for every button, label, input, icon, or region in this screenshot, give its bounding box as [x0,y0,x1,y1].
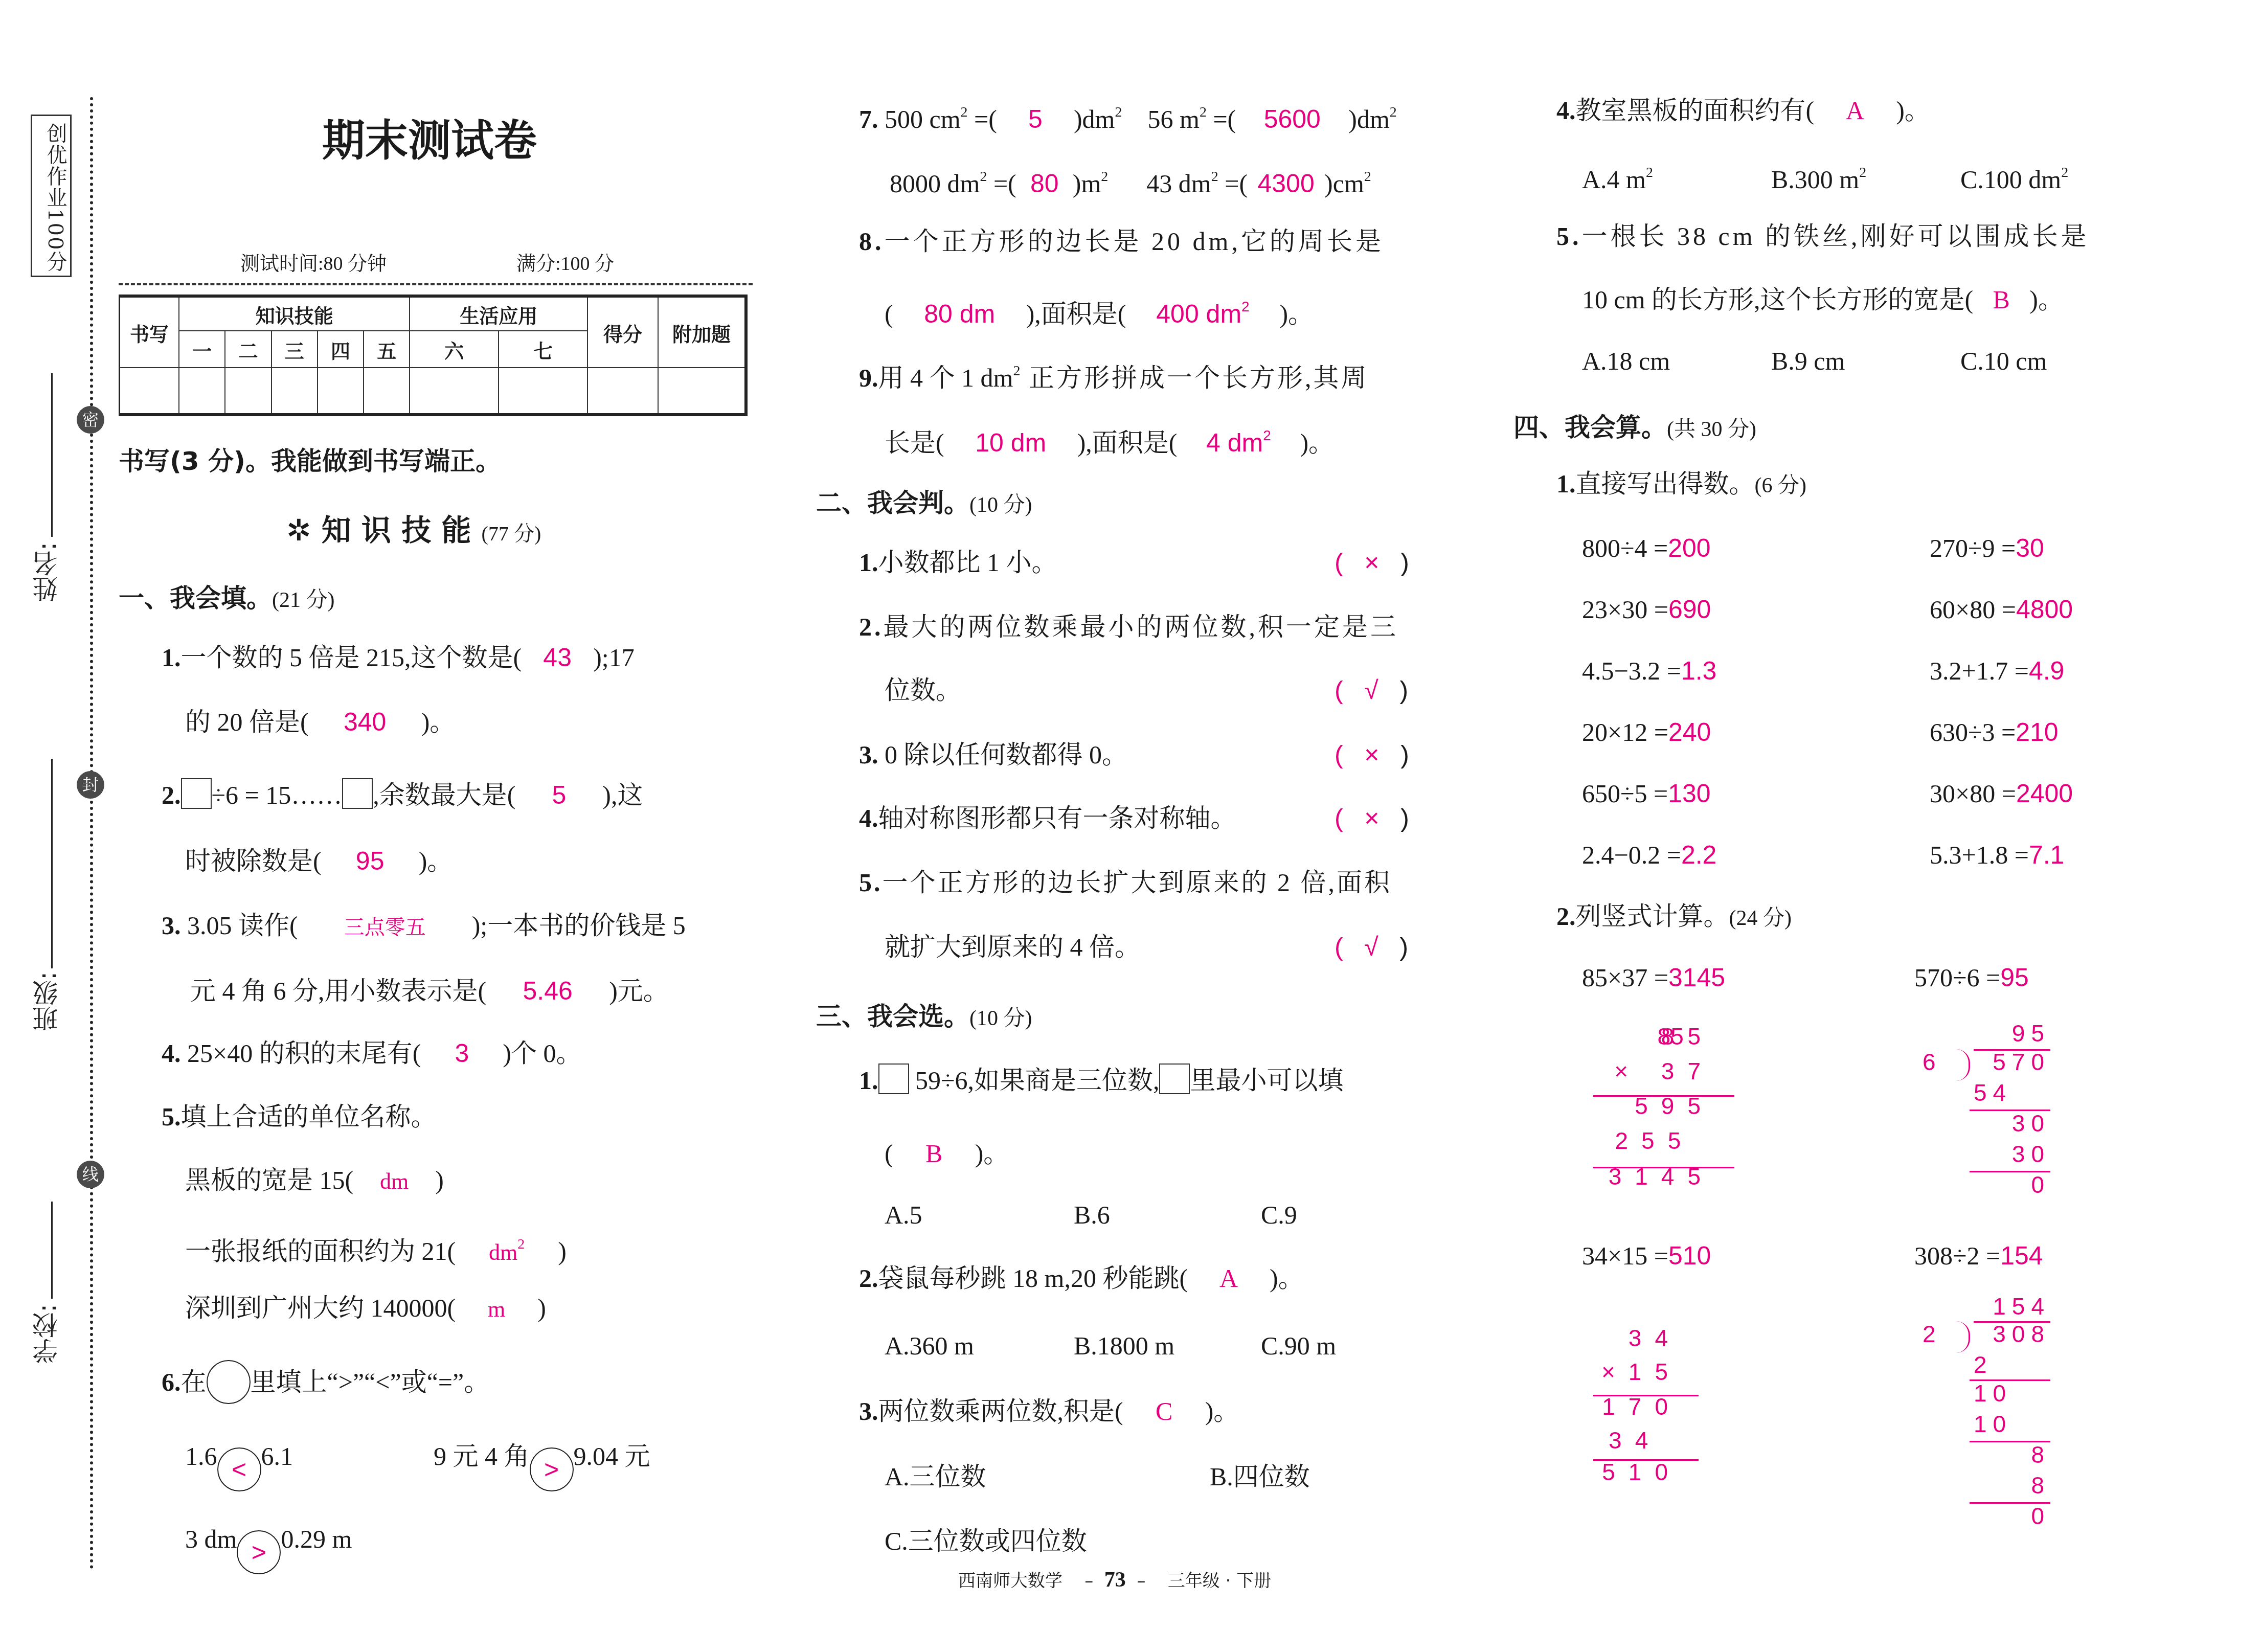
written-calc-2: 570÷6 =95 [1914,962,2029,993]
page-number: 73 [1104,1568,1126,1592]
s1-q6-item2: 9 元 4 角>9.04 元 [434,1441,650,1491]
score-cell[interactable] [120,368,179,415]
score-col-bonus: 附加题 [658,296,746,368]
choice-q5: 5.一根长 38 cm 的铁丝,刚好可以围成长是 [1556,221,2090,252]
score-cell[interactable] [225,368,271,415]
oral-calc-2: 270÷9 =30 [1930,533,2044,563]
answer-field[interactable]: 2400 [2016,779,2073,808]
section2-heading: 二、我会判。(10 分) [816,483,1032,519]
oral-calc-3: 23×30 =690 [1582,594,1711,625]
answer-field[interactable]: 1.3 [1681,657,1717,685]
blank-box[interactable] [181,778,212,809]
circle-blank-icon [207,1360,251,1404]
school-field-line[interactable] [51,1202,53,1299]
answer-field[interactable]: 5600 [1236,104,1348,134]
class-field-label: 班级: [29,971,65,1031]
score-cell[interactable] [318,368,364,415]
school-field-label: 学校: [29,1304,65,1364]
written-calc-1: 85×37 =3145 [1582,962,1725,993]
answer-field[interactable]: 210 [2016,718,2058,746]
s1-q5-item3: 深圳到广州大约 140000(m) [185,1293,546,1325]
section1-points: (21 分) [272,589,334,612]
s1-q3-line1: 3. 3.05 读作(三点零五);一本书的价钱是 5 [162,910,686,943]
choice-q3-option-c[interactable]: C.三位数或四位数 [885,1526,1087,1556]
name-field-line[interactable] [51,373,53,537]
score-cell[interactable] [658,368,746,415]
score-sub-5: 五 [364,331,410,368]
judge-answer-5[interactable]: ( √ ) [1335,932,1408,962]
answer-field[interactable]: 130 [1668,779,1710,808]
choice-q5-option-c[interactable]: C.10 cm [1960,346,2047,376]
answer-field[interactable]: 80 dm [893,299,1026,329]
answer-field[interactable]: 5 [997,104,1074,134]
answer-field[interactable]: 5 [515,780,602,810]
score-col-writing: 书写 [120,296,179,368]
compare-field[interactable]: > [237,1530,281,1574]
name-field-label: 姓名: [29,542,65,602]
choice-q2-option-b[interactable]: B.1800 m [1074,1330,1174,1361]
oral-calc-10: 30×80 =2400 [1930,778,2073,809]
answer-field[interactable]: 95 [322,846,419,876]
score-sub-2: 二 [225,331,271,368]
oral-calc-8: 630÷3 =210 [1930,717,2059,748]
score-sub-7: 七 [499,331,587,368]
judge-answer-1[interactable]: ( × ) [1335,547,1409,578]
choice-q1: 1. 59÷6,如果商是三位数,里最小可以填 [859,1063,1343,1096]
s1-q6: 6.在里填上“>”“<”或“=”。 [162,1360,489,1404]
oral-calc-5: 4.5−3.2 =1.3 [1582,655,1716,686]
judge-item-4: 4.轴对称图形都只有一条对称轴。 [859,803,1236,833]
choice-q4-option-a[interactable]: A.4 m2 [1582,157,1653,195]
answer-field[interactable]: A [1188,1263,1270,1294]
answer-field[interactable]: 43 [522,642,593,673]
long-division-308-2: 154 2 308 2 10 10 8 8 0 [1923,1293,2076,1558]
choice-q3-option-b[interactable]: B.四位数 [1210,1461,1310,1492]
choice-q2-option-c[interactable]: C.90 m [1261,1330,1336,1361]
answer-field[interactable]: 95 [2000,963,2029,992]
answer-field[interactable]: 5.46 [486,976,609,1006]
choice-q3: 3.两位数乘两位数,积是(C)。 [859,1396,1239,1427]
compare-field[interactable]: > [530,1447,574,1491]
answer-field[interactable]: 4 dm2 [1177,420,1300,458]
score-sub-1: 一 [179,331,225,368]
choice-q1-answer: (B)。 [885,1138,1009,1169]
answer-field[interactable]: C [1123,1396,1205,1427]
judge-answer-4[interactable]: ( × ) [1335,803,1409,833]
page-title: 期末测试卷 [322,106,537,168]
oral-calc-4: 60×80 =4800 [1930,594,2073,625]
answer-field[interactable]: 400 dm2 [1126,291,1279,329]
choice-q2-option-a[interactable]: A.360 m [885,1330,974,1361]
judge-item-5: 5.一个正方形的边长扩大到原来的 2 倍,面积 [859,867,1392,898]
section3-heading: 三、我会选。(10 分) [816,996,1032,1033]
answer-field[interactable]: A [1814,95,1896,126]
answer-field[interactable]: 690 [1668,595,1711,624]
section4-heading: 四、我会算。(共 30 分) [1513,407,1756,444]
answer-field[interactable]: B [893,1138,975,1169]
answer-field[interactable]: 30 [2016,534,2044,562]
s1-q2-line1: 2.÷6 = 15……,余数最大是(5),这 [162,778,643,810]
knowledge-points: (77 分) [482,522,541,545]
answer-field[interactable]: 4300 [1248,168,1324,199]
blank-box[interactable] [878,1063,909,1094]
brand-label: 创优作业100分 [41,123,70,272]
test-time: 测试时间:80 分钟 [240,248,387,279]
answer-field[interactable]: B [1973,284,2029,315]
answer-field[interactable]: 200 [1668,534,1710,562]
choice-q4-option-c[interactable]: C.100 dm2 [1960,157,2068,195]
calc-part1-heading: 1.直接写出得数。(6 分) [1556,468,1806,501]
judge-item-1: 1.小数都比 1 小。 [859,547,1057,578]
written-calc-4: 308÷2 =154 [1914,1240,2043,1271]
s1-q1-line2: 的 20 倍是(340)。 [185,707,455,737]
score-table: 书写 知识技能 生活应用 得分 附加题 一 二 三 四 五 六 七 [119,295,748,416]
s1-q8-line2: (80 dm),面积是(400 dm2)。 [885,291,1314,329]
page-footer: 西南师大数学 – 73 – 三年级 · 下册 [958,1567,1271,1592]
s1-q9-line1: 9.用 4 个 1 dm2 正方形拼成一个长方形,其周 [859,356,1368,393]
choice-q5-option-b[interactable]: B.9 cm [1771,346,1845,376]
cut-line [90,97,93,1570]
score-col-total: 得分 [587,296,658,368]
choice-q4: 4.教室黑板的面积约有(A)。 [1556,95,1930,126]
s1-q5-item2: 一张报纸的面积约为 21(dm2) [185,1229,567,1268]
calc-part2-heading: 2.列竖式计算。(24 分) [1556,901,1792,934]
score-cell[interactable] [587,368,658,415]
choice-q2: 2.袋鼠每秒跳 18 m,20 秒能跳(A)。 [859,1263,1304,1294]
vertical-mult-85x37: 85 85 × 37 595 255 3145 [1575,1023,1728,1212]
score-sub-6: 六 [410,331,499,368]
answer-field[interactable]: 154 [2000,1241,2043,1270]
full-score: 满分:100 分 [516,248,614,279]
choice-q1-option-c[interactable]: C.9 [1261,1200,1297,1230]
answer-field[interactable]: 3145 [1668,963,1725,992]
score-cell[interactable] [179,368,225,415]
oral-calc-6: 3.2+1.7 =4.9 [1930,655,2064,686]
answer-field[interactable]: 4800 [2016,595,2073,624]
answer-field[interactable]: 10 dm [944,427,1077,458]
oral-calc-7: 20×12 =240 [1582,717,1711,748]
oral-calc-12: 5.3+1.8 =7.1 [1930,840,2064,870]
answer-field[interactable]: 80 [1016,168,1073,199]
section1-heading: 一、我会填。(21 分) [119,578,334,615]
answer-field[interactable]: 340 [309,707,421,737]
answer-field[interactable]: 3 [421,1038,503,1069]
s1-q6-item3: 3 dm>0.29 m [185,1524,352,1574]
answer-field[interactable]: 2.2 [1681,841,1717,869]
flower-icon: ✲ [286,513,311,548]
judge-item-3: 3. 0 除以任何数都得 0。 [859,739,1127,770]
answer-field[interactable]: 4.9 [2029,657,2065,685]
judge-item-5-cont: 就扩大到原来的 4 倍。 [885,932,1140,962]
s1-q7-line2: 8000 dm2 =(80)m2 43 dm2 =(4300)cm2 [890,162,1371,199]
s1-q6-item1: 1.6<6.1 [185,1441,293,1491]
oral-calc-11: 2.4−0.2 =2.2 [1582,840,1716,870]
blank-box[interactable] [342,778,373,809]
compare-field[interactable]: < [217,1447,261,1491]
score-group-life: 生活应用 [410,296,587,331]
score-cell[interactable] [272,368,318,415]
s1-q1-line1: 1.一个数的 5 倍是 215,这个数是(43);17 [162,642,635,673]
answer-field[interactable]: dm2 [456,1229,558,1268]
oral-calc-9: 650÷5 =130 [1582,778,1711,809]
long-division-570-6: 95 6 570 54 30 30 0 [1923,1020,2076,1214]
choice-q5-cont: 10 cm 的长方形,这个长方形的宽是(B)。 [1582,284,2064,315]
seal-xian-icon: 线 [77,1161,104,1188]
judge-answer-3[interactable]: ( × ) [1335,739,1409,770]
oral-calc-1: 800÷4 =200 [1582,533,1711,563]
answer-field[interactable]: 240 [1668,718,1711,746]
score-cell[interactable] [499,368,587,415]
seal-feng-icon: 封 [77,771,104,799]
answer-field[interactable]: 510 [1668,1241,1711,1270]
s1-q4: 4. 25×40 的积的末尾有(3)个 0。 [162,1038,582,1069]
score-sub-4: 四 [318,331,364,368]
header-divider [119,283,753,285]
s1-q9-line2: 长是(10 dm),面积是(4 dm2)。 [885,420,1334,458]
knowledge-heading: ✲ 知 识 技 能 (77 分) [286,506,541,549]
score-sub-3: 三 [272,331,318,368]
footer-publisher: 西南师大数学 [958,1571,1062,1591]
s1-q3-line2: 元 4 角 6 分,用小数表示是(5.46)元。 [190,976,669,1006]
answer-field[interactable]: m [456,1294,537,1325]
knowledge-title: 知 识 技 能 [322,513,471,548]
section1-title: 一、我会填。 [119,583,272,613]
judge-item-2-cont: 位数。 [885,675,961,706]
score-group-knowledge: 知识技能 [179,296,410,331]
s1-q7-line1: 7. 500 cm2 =(5)dm2 56 m2 =(5600)dm2 [859,97,1397,134]
choice-q1-option-b[interactable]: B.6 [1074,1200,1110,1230]
written-calc-3: 34×15 =510 [1582,1240,1711,1271]
s1-q5-item1: 黑板的宽是 15(dm) [185,1165,444,1197]
s1-q8-line1: 8.一个正方形的边长是 20 dm,它的周长是 [859,226,1384,257]
blank-box[interactable] [1159,1063,1190,1094]
score-cell[interactable] [364,368,410,415]
choice-q1-option-a[interactable]: A.5 [885,1200,922,1230]
answer-field[interactable]: 7.1 [2029,841,2065,869]
choice-q4-option-b[interactable]: B.300 m2 [1771,157,1866,195]
judge-item-2: 2.最大的两位数乘最小的两位数,积一定是三 [859,612,1398,642]
score-cell[interactable] [410,368,499,415]
class-field-line[interactable] [51,759,53,968]
answer-field[interactable]: dm [353,1166,435,1197]
footer-grade: 三年级 · 下册 [1168,1571,1271,1591]
seal-mi-icon: 密 [77,406,104,434]
writing-instruction: 书写(3 分)。我能做到书写端正。 [119,441,501,478]
vertical-mult-34x15: 34 ×15 170 34 510 [1575,1324,1708,1513]
choice-q3-option-a[interactable]: A.三位数 [885,1461,986,1492]
s1-q2-line2: 时被除数是(95)。 [185,846,453,876]
judge-answer-2[interactable]: ( √ ) [1335,675,1408,706]
s1-q5: 5.填上合适的单位名称。 [162,1101,437,1132]
choice-q5-option-a[interactable]: A.18 cm [1582,346,1670,376]
answer-field[interactable]: 三点零五 [298,912,472,943]
